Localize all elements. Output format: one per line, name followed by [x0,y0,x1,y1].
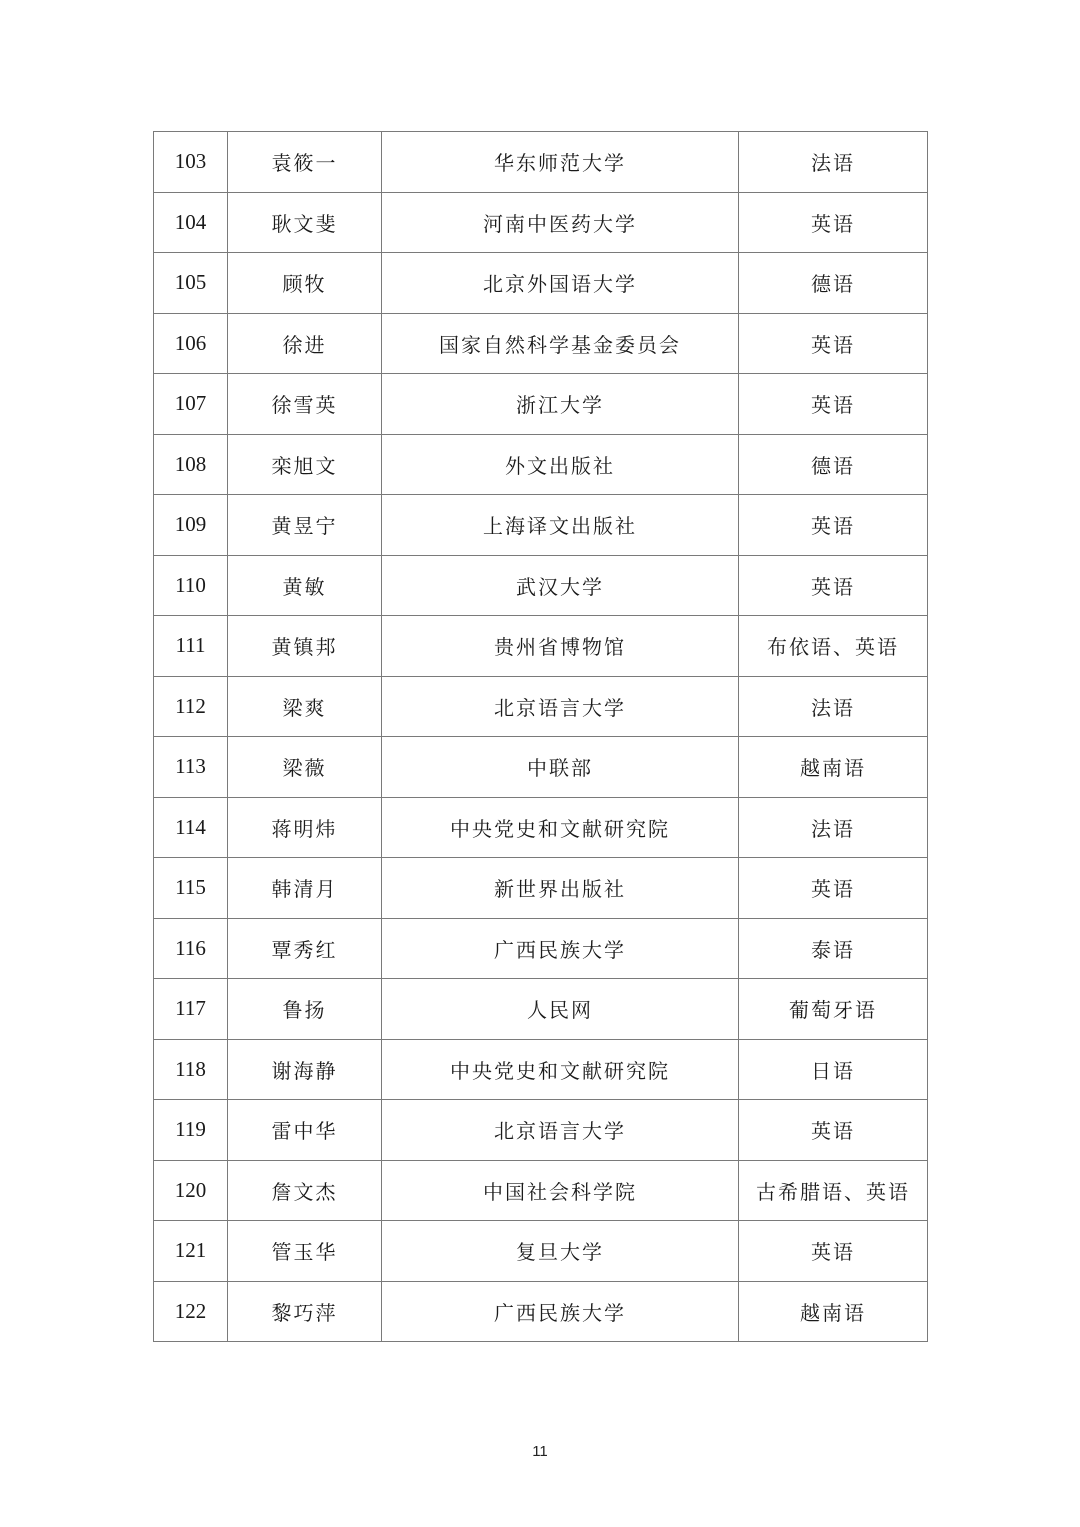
organization-cell: 北京语言大学 [382,676,739,737]
language-cell: 英语 [739,858,928,919]
table-row: 108栾旭文外文出版社德语 [154,434,928,495]
language-cell: 葡萄牙语 [739,979,928,1040]
name-cell: 谢海静 [228,1039,382,1100]
table-row: 110黄敏武汉大学英语 [154,555,928,616]
row-number-cell: 110 [154,555,228,616]
organization-cell: 华东师范大学 [382,132,739,193]
row-number-cell: 109 [154,495,228,556]
row-number-cell: 115 [154,858,228,919]
organization-cell: 外文出版社 [382,434,739,495]
organization-cell: 上海译文出版社 [382,495,739,556]
name-cell: 黄镇邦 [228,616,382,677]
name-cell: 蒋明炜 [228,797,382,858]
name-cell: 顾牧 [228,253,382,314]
language-cell: 越南语 [739,1281,928,1342]
language-cell: 越南语 [739,737,928,798]
table-row: 107徐雪英浙江大学英语 [154,374,928,435]
table-row: 113梁薇中联部越南语 [154,737,928,798]
organization-cell: 国家自然科学基金委员会 [382,313,739,374]
name-cell: 梁薇 [228,737,382,798]
organization-cell: 北京外国语大学 [382,253,739,314]
name-cell: 管玉华 [228,1221,382,1282]
row-number-cell: 108 [154,434,228,495]
row-number-cell: 106 [154,313,228,374]
name-cell: 袁筱一 [228,132,382,193]
table-row: 112梁爽北京语言大学法语 [154,676,928,737]
row-number-cell: 122 [154,1281,228,1342]
table-row: 117鲁扬人民网葡萄牙语 [154,979,928,1040]
table-row: 116覃秀红广西民族大学泰语 [154,918,928,979]
roster-table: 103袁筱一华东师范大学法语104耿文斐河南中医药大学英语105顾牧北京外国语大… [153,131,928,1342]
organization-cell: 广西民族大学 [382,918,739,979]
organization-cell: 广西民族大学 [382,1281,739,1342]
organization-cell: 贵州省博物馆 [382,616,739,677]
table-row: 120詹文杰中国社会科学院古希腊语、英语 [154,1160,928,1221]
language-cell: 英语 [739,1100,928,1161]
row-number-cell: 121 [154,1221,228,1282]
language-cell: 法语 [739,797,928,858]
table-row: 119雷中华北京语言大学英语 [154,1100,928,1161]
row-number-cell: 111 [154,616,228,677]
table-row: 104耿文斐河南中医药大学英语 [154,192,928,253]
language-cell: 法语 [739,132,928,193]
name-cell: 韩清月 [228,858,382,919]
language-cell: 德语 [739,434,928,495]
language-cell: 德语 [739,253,928,314]
language-cell: 英语 [739,555,928,616]
name-cell: 梁爽 [228,676,382,737]
row-number-cell: 113 [154,737,228,798]
organization-cell: 中国社会科学院 [382,1160,739,1221]
name-cell: 詹文杰 [228,1160,382,1221]
row-number-cell: 118 [154,1039,228,1100]
row-number-cell: 116 [154,918,228,979]
organization-cell: 中央党史和文献研究院 [382,1039,739,1100]
name-cell: 黄昱宁 [228,495,382,556]
organization-cell: 新世界出版社 [382,858,739,919]
name-cell: 鲁扬 [228,979,382,1040]
organization-cell: 中联部 [382,737,739,798]
language-cell: 英语 [739,192,928,253]
language-cell: 英语 [739,374,928,435]
organization-cell: 浙江大学 [382,374,739,435]
document-page: 103袁筱一华东师范大学法语104耿文斐河南中医药大学英语105顾牧北京外国语大… [0,0,1080,1527]
organization-cell: 人民网 [382,979,739,1040]
language-cell: 日语 [739,1039,928,1100]
table-row: 105顾牧北京外国语大学德语 [154,253,928,314]
language-cell: 古希腊语、英语 [739,1160,928,1221]
table-row: 121管玉华复旦大学英语 [154,1221,928,1282]
row-number-cell: 112 [154,676,228,737]
table-row: 118谢海静中央党史和文献研究院日语 [154,1039,928,1100]
language-cell: 泰语 [739,918,928,979]
organization-cell: 河南中医药大学 [382,192,739,253]
table-row: 103袁筱一华东师范大学法语 [154,132,928,193]
row-number-cell: 119 [154,1100,228,1161]
language-cell: 布依语、英语 [739,616,928,677]
name-cell: 覃秀红 [228,918,382,979]
row-number-cell: 105 [154,253,228,314]
organization-cell: 中央党史和文献研究院 [382,797,739,858]
row-number-cell: 114 [154,797,228,858]
table-row: 115韩清月新世界出版社英语 [154,858,928,919]
roster-table-body: 103袁筱一华东师范大学法语104耿文斐河南中医药大学英语105顾牧北京外国语大… [154,132,928,1342]
row-number-cell: 107 [154,374,228,435]
row-number-cell: 104 [154,192,228,253]
name-cell: 徐雪英 [228,374,382,435]
organization-cell: 北京语言大学 [382,1100,739,1161]
language-cell: 英语 [739,495,928,556]
name-cell: 雷中华 [228,1100,382,1161]
organization-cell: 武汉大学 [382,555,739,616]
organization-cell: 复旦大学 [382,1221,739,1282]
page-number: 11 [0,1443,1080,1460]
table-row: 122黎巧萍广西民族大学越南语 [154,1281,928,1342]
language-cell: 英语 [739,313,928,374]
language-cell: 英语 [739,1221,928,1282]
table-row: 109黄昱宁上海译文出版社英语 [154,495,928,556]
language-cell: 法语 [739,676,928,737]
table-row: 111黄镇邦贵州省博物馆布依语、英语 [154,616,928,677]
name-cell: 黎巧萍 [228,1281,382,1342]
table-row: 106徐进国家自然科学基金委员会英语 [154,313,928,374]
row-number-cell: 117 [154,979,228,1040]
name-cell: 栾旭文 [228,434,382,495]
name-cell: 耿文斐 [228,192,382,253]
row-number-cell: 103 [154,132,228,193]
name-cell: 黄敏 [228,555,382,616]
name-cell: 徐进 [228,313,382,374]
row-number-cell: 120 [154,1160,228,1221]
table-row: 114蒋明炜中央党史和文献研究院法语 [154,797,928,858]
